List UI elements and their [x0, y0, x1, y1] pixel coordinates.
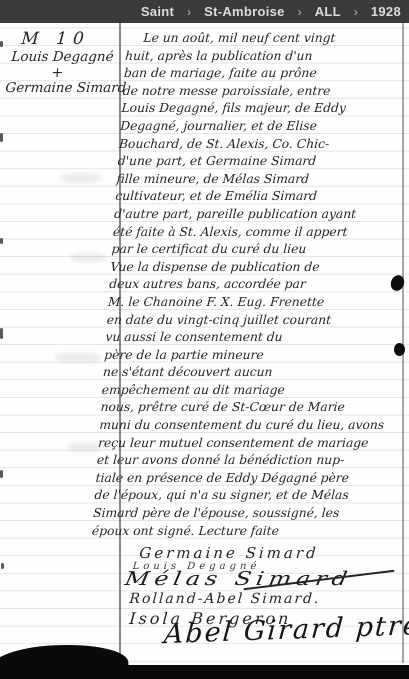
handwriting-line: M. le Chanoine F. X. Eug. Frenette	[107, 294, 384, 312]
scan-artifact	[1, 563, 4, 569]
handwriting-line: par le certificat du curé du lieu	[111, 241, 388, 259]
handwriting-line: Le un août, mil neuf cent vingt	[126, 30, 403, 48]
handwriting-line: et leur avons donné la bénédiction nup-	[96, 452, 373, 470]
breadcrumb-item-saint[interactable]: Saint	[141, 4, 174, 19]
handwriting-line: père de la partie mineure	[104, 347, 381, 365]
signature-witness-1: Rolland-Abel Simard.	[129, 591, 321, 607]
handwriting-line: deux autres bans, accordée par	[109, 276, 386, 294]
handwriting-line: empêchement au dit mariage	[101, 382, 378, 400]
handwriting-line: Vue la dispense de publication de	[110, 259, 387, 277]
handwriting-line: cultivateur, et de Emélia Simard	[115, 188, 392, 206]
margin-groom-name: Louis Degagné	[11, 49, 114, 65]
handwriting-line: été faite à St. Alexis, comme il appert	[112, 224, 389, 242]
handwriting-line: de l'époux, qui n'a su signer, et de Mél…	[94, 487, 371, 505]
scan-artifact	[0, 470, 3, 478]
handwriting-line: en date du vingt-cinq juillet courant	[106, 312, 383, 330]
handwriting-line: Simard père de l'épouse, soussigné, les	[93, 505, 370, 523]
handwriting-line: de notre messe paroissiale, entre	[122, 83, 399, 101]
margin-bride-name: Germaine Simard	[5, 80, 127, 96]
handwriting-line: ban de mariage, faite au prône	[123, 65, 400, 83]
bleedthrough-smudge	[70, 253, 106, 262]
handwriting-line: Bouchard, de St. Alexis, Co. Chic-	[118, 136, 395, 154]
handwriting-line: huit, après la publication d'un	[125, 48, 402, 66]
signature-bride: Germaine Simard	[139, 544, 320, 562]
handwriting-line: fille mineure, de Mélas Simard	[116, 171, 393, 189]
handwriting-line: tiale en présence de Eddy Dégagné père	[95, 470, 372, 488]
scan-artifact	[0, 41, 3, 47]
bleedthrough-smudge	[55, 353, 101, 363]
handwriting-line: Louis Degagné, fils majeur, de Eddy	[121, 100, 398, 118]
margin-plus-sign: +	[51, 65, 64, 81]
breadcrumb-item-all[interactable]: ALL	[315, 4, 341, 19]
chevron-right-icon: ›	[298, 5, 302, 19]
scan-artifact	[0, 133, 3, 142]
handwriting-line: d'autre part, pareille publication ayant	[113, 206, 390, 224]
handwriting-line: vu aussi le consentement du	[105, 329, 382, 347]
record-number: M 10	[21, 29, 91, 49]
scan-artifact	[0, 328, 3, 339]
handwriting-line: muni du consentement du curé du lieu, av…	[99, 417, 376, 435]
handwriting-line: nous, prêtre curé de St-Cœur de Marie	[100, 399, 377, 417]
handwriting-line: d'une part, et Germaine Simard	[117, 153, 394, 171]
handwriting-body: Le un août, mil neuf cent vingthuit, apr…	[91, 30, 403, 540]
handwriting-line: Degagné, journalier, et de Elise	[120, 118, 397, 136]
document-scan: M 10 Louis Degagné + Germaine Simard Le …	[0, 23, 409, 679]
scan-artifact	[0, 238, 3, 244]
chevron-right-icon: ›	[187, 5, 191, 19]
breadcrumb: Saint › St-Ambroise › ALL › 1928	[0, 0, 409, 23]
bleedthrough-smudge	[60, 173, 102, 183]
breadcrumb-item-st-ambroise[interactable]: St-Ambroise	[204, 4, 285, 19]
ink-blot	[394, 343, 405, 356]
chevron-right-icon: ›	[354, 5, 358, 19]
handwriting-line: ne s'étant découvert aucun	[102, 364, 379, 382]
handwriting-line: époux ont signé. Lecture faite	[91, 523, 368, 541]
scan-edge-band	[0, 665, 409, 679]
breadcrumb-item-1928[interactable]: 1928	[371, 4, 401, 19]
handwriting-line: reçu leur mutuel consentement de mariage	[97, 435, 374, 453]
